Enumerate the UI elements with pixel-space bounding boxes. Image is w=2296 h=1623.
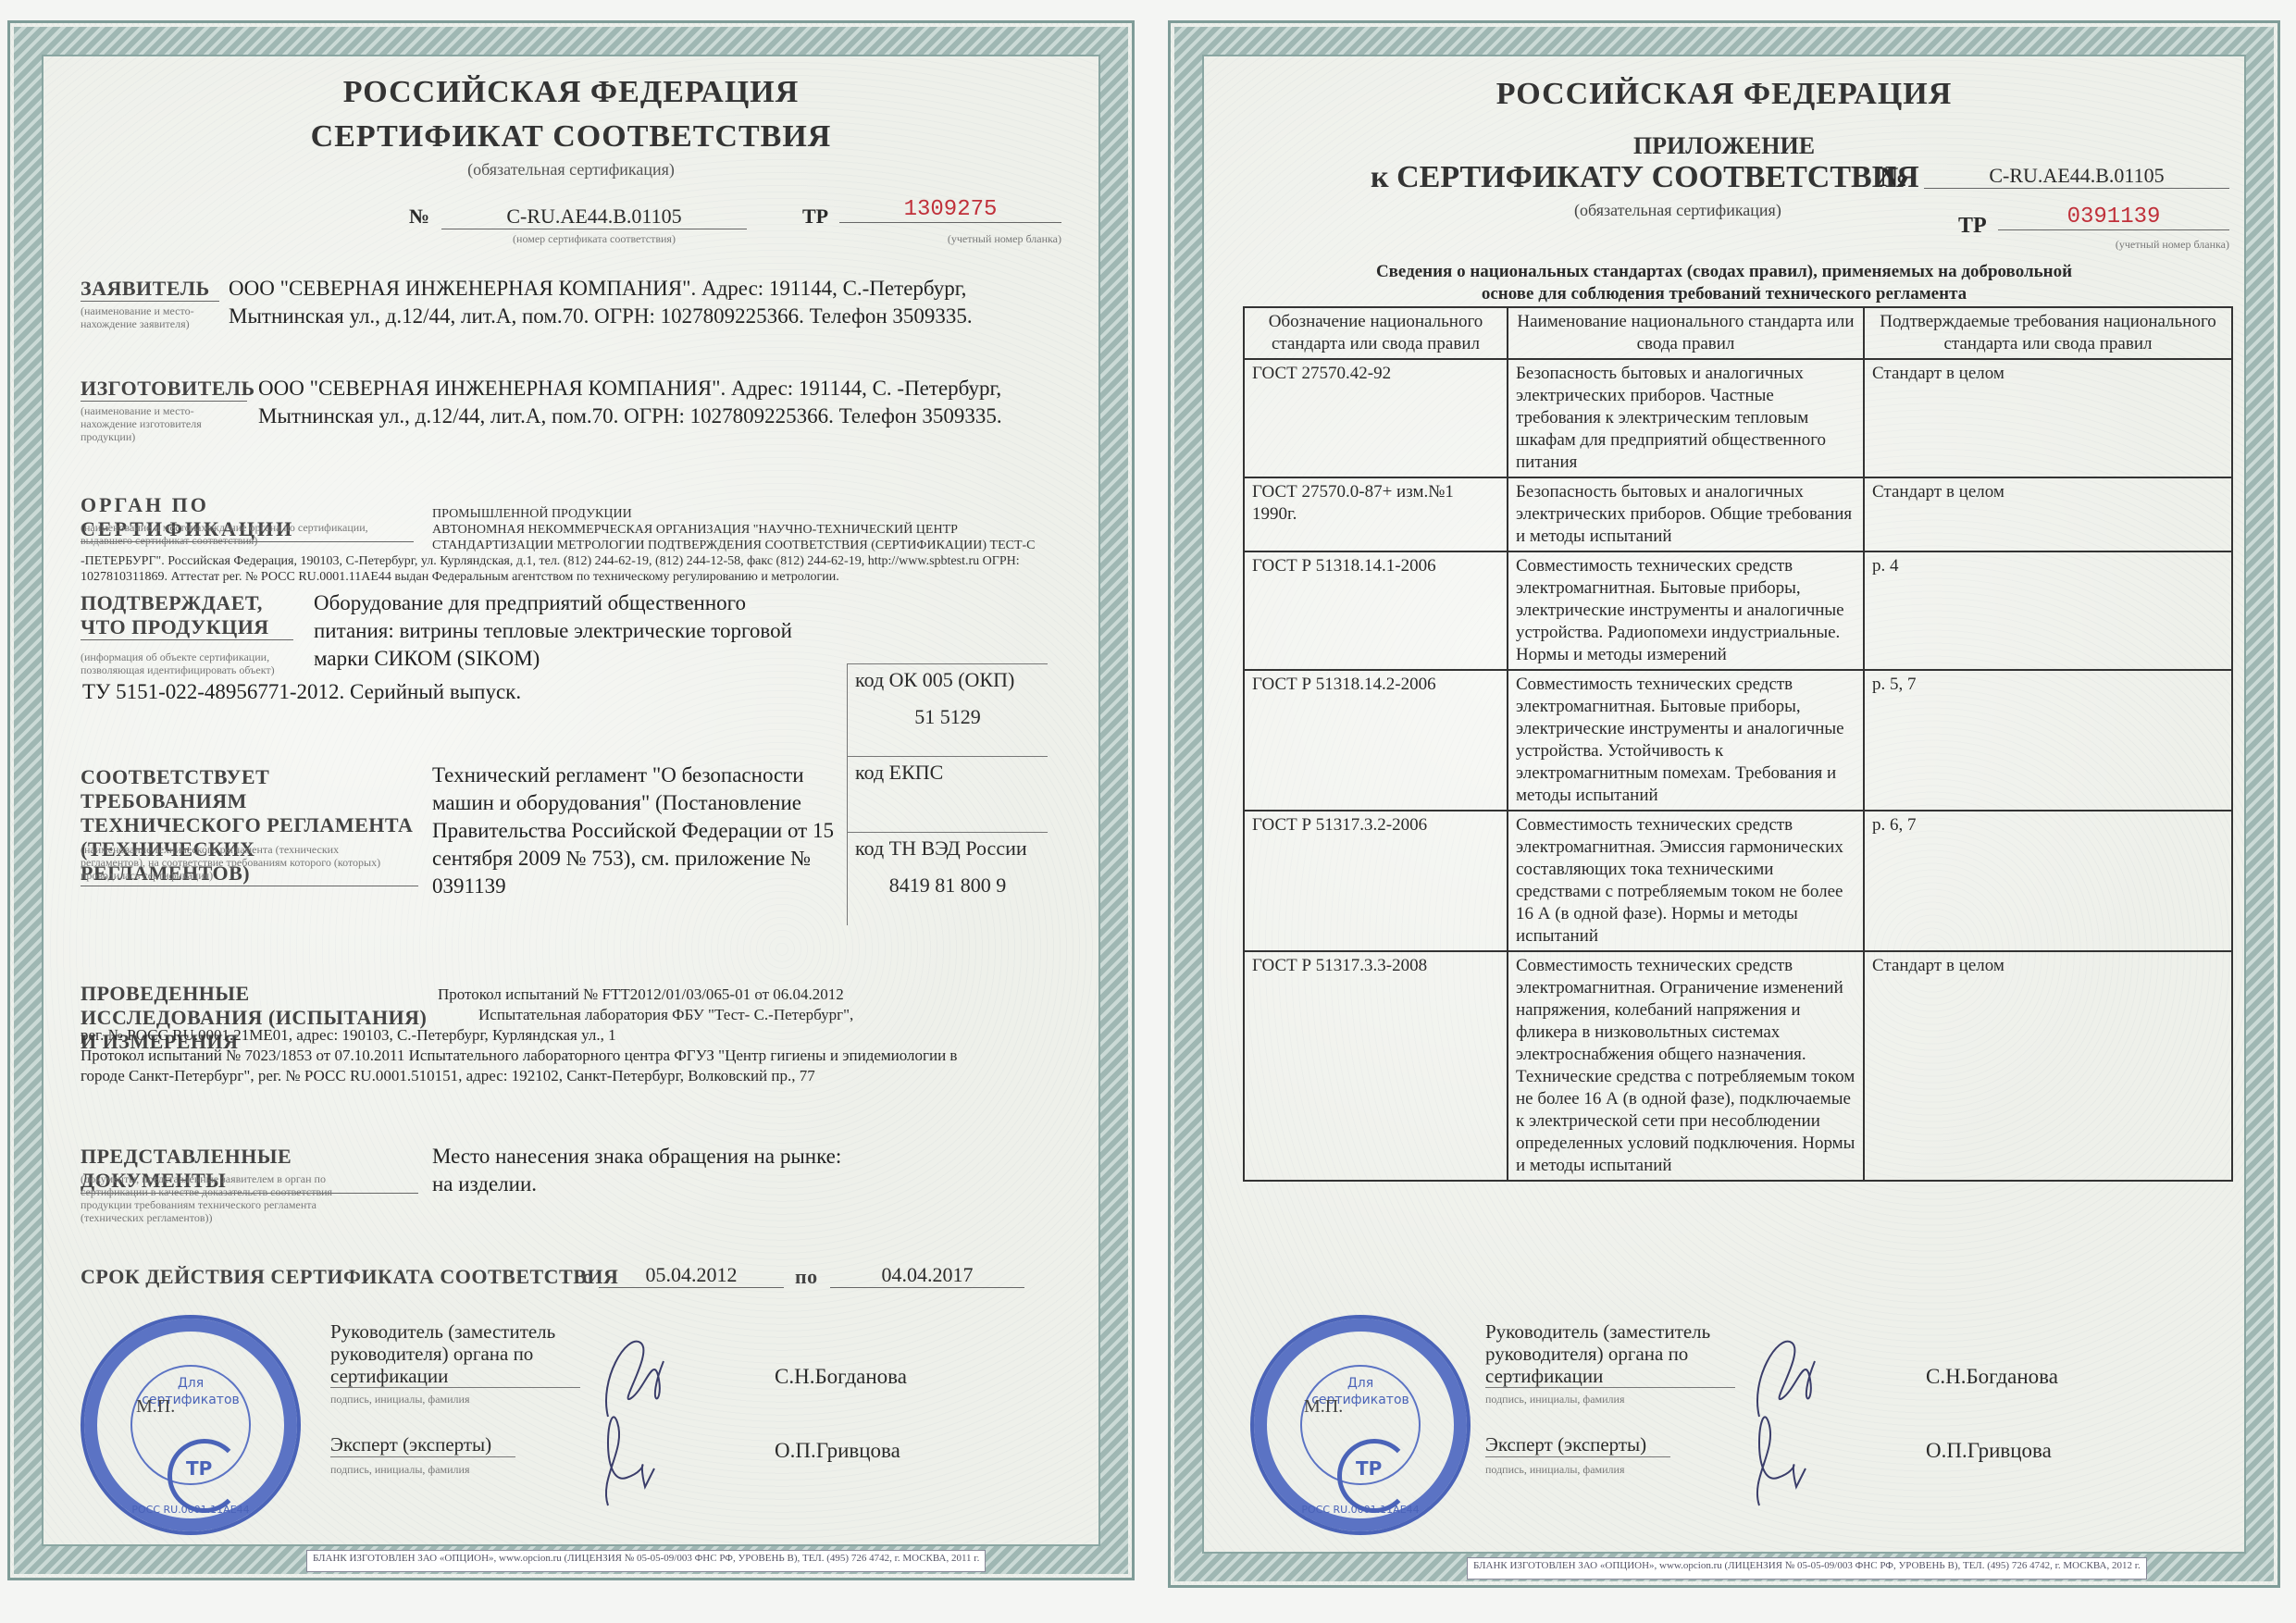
appendix-head-signatory-caption: подпись, инициалы, фамилия [1485,1393,1624,1406]
appendix-expert-label: Эксперт (эксперты) [1485,1433,1670,1457]
appendix-expert-caption: подпись, инициалы, фамилия [1485,1463,1624,1476]
standard-designation: ГОСТ 27570.0-87+ изм.№1 1990г. [1244,477,1508,551]
documents-caption: (документы, представленные заявителем в … [81,1172,377,1224]
cert-body-line4: -ПЕТЕРБУРГ". Российская Федерация, 19010… [81,553,1080,569]
product-text: Оборудование для предприятий общественно… [314,589,795,673]
seal-logo-text: ТР [186,1457,212,1480]
tnved-value: 8419 81 800 9 [855,873,1040,898]
standard-designation: ГОСТ Р 51317.3.2-2006 [1244,811,1508,951]
table-row: ГОСТ Р 51317.3.2-2006Совместимость техни… [1244,811,2232,951]
header-designation: Обозначение национального стандарта или … [1244,307,1508,359]
table-row: ГОСТ Р 51318.14.2-2006Совместимость техн… [1244,670,2232,811]
okp-code-box: код ОК 005 (ОКП) 51 5129 [847,663,1048,757]
applicant-label: ЗАЯВИТЕЛЬ [81,277,219,302]
header-name: Наименование национального стандарта или… [1508,307,1864,359]
certification-seal: Для сертификатов ТР РОСС RU.0001.11АЕ44 [81,1315,301,1535]
okp-label: код ОК 005 (ОКП) [855,668,1040,692]
table-row: ГОСТ 27570.42-92Безопасность бытовых и а… [1244,359,2232,477]
appendix-title2: к СЕРТИФИКАТУ СООТВЕТСТВИЯ [1371,160,1919,195]
standard-name: Совместимость технических средств электр… [1508,670,1864,811]
standard-designation: ГОСТ 27570.42-92 [1244,359,1508,477]
appendix-title1: ПРИЛОЖЕНИЕ [1204,132,2244,160]
manufacturer-text: ООО "СЕВЕРНАЯ ИНЖЕНЕРНАЯ КОМПАНИЯ". Адре… [258,375,1017,430]
stamp-place-label: М.П. [136,1396,175,1418]
validity-to-date: 04.04.2017 [830,1263,1024,1288]
head-signatory-name: С.Н.Богданова [775,1365,907,1389]
ekps-code-box: код ЕКПС [847,756,1048,833]
manufacturer-label: ИЗГОТОВИТЕЛЬ [81,377,247,402]
tests-line4: Протокол испытаний № 7023/1853 от 07.10.… [81,1047,957,1065]
cert-body-line3: СТАНДАРТИЗАЦИИ МЕТРОЛОГИИ ПОДТВЕРЖДЕНИЯ … [432,538,1036,553]
certificate-number-caption: (номер сертификата соответствия) [441,232,747,245]
cert-body-caption: (наименование и местонахождение органа п… [81,521,414,547]
regulation-caption: (наименование технического регламента (т… [81,843,386,882]
appendix-country-heading: РОССИЙСКАЯ ФЕДЕРАЦИЯ [1204,77,2244,112]
blank-printer-footer: БЛАНК ИЗГОТОВЛЕН ЗАО «ОПЦИОН», www.opcio… [306,1550,986,1572]
country-heading: РОССИЙСКАЯ ФЕДЕРАЦИЯ [43,75,1098,110]
appendix-head-signatory-label: Руководитель (заместитель руководителя) … [1485,1320,1735,1388]
certificate-subtitle: (обязательная сертификация) [43,160,1098,180]
tnved-label: код ТН ВЭД России [855,836,1040,861]
appendix-intro-line1: Сведения о национальных стандартах (свод… [1204,262,2244,282]
ekps-label: код ЕКПС [855,761,1040,785]
head-signatory-label: Руководитель (заместитель руководителя) … [330,1320,580,1388]
standards-table-header: Обозначение национального стандарта или … [1244,307,2232,359]
appendix-blank-number: 0391139 [1998,204,2229,230]
standard-name: Совместимость технических средств электр… [1508,811,1864,951]
appendix-stamp-place-label: М.П. [1304,1396,1343,1418]
seal-center-line2: сертификатов [84,1393,297,1407]
table-row: ГОСТ Р 51318.14.1-2006Совместимость техн… [1244,551,2232,670]
regulation-text: Технический регламент "О безопасности ма… [432,762,844,900]
appendix-head-signature-icon [1741,1324,1824,1426]
certificate-number: C-RU.AE44.B.01105 [441,204,747,229]
number-prefix: № [409,204,429,229]
confirmed-requirements: р. 5, 7 [1864,670,2232,811]
tr-label: ТР [802,204,828,229]
table-row: ГОСТ 27570.0-87+ изм.№1 1990г.Безопаснос… [1244,477,2232,551]
confirmed-requirements: Стандарт в целом [1864,477,2232,551]
seal-registration: РОСС RU.0001.11АЕ44 [1254,1504,1467,1516]
documents-text1: Место нанесения знака обращения на рынке… [432,1143,841,1171]
tests-line5: городе Санкт-Петербург", рег. № РОСС RU.… [81,1067,815,1085]
standard-name: Совместимость технических средств электр… [1508,951,1864,1181]
cert-body-line2: АВТОНОМНАЯ НЕКОММЕРЧЕСКАЯ ОРГАНИЗАЦИЯ "Н… [432,522,958,538]
seal-logo-text: ТР [1356,1457,1382,1480]
product-spec: ТУ 5151-022-48956771-2012. Серийный выпу… [82,678,521,706]
certificate-body: РОССИЙСКАЯ ФЕДЕРАЦИЯ СЕРТИФИКАТ СООТВЕТС… [42,55,1100,1546]
validity-label: СРОК ДЕЙСТВИЯ СЕРТИФИКАТА СООТВЕТСТВИЯ [81,1265,618,1289]
expert-caption: подпись, инициалы, фамилия [330,1463,469,1476]
tests-line2: Испытательная лаборатория ФБУ "Тест- С.-… [478,1006,853,1024]
validity-from-date: 05.04.2012 [599,1263,784,1288]
expert-signature-icon [580,1413,664,1515]
appendix-number-prefix: № [1880,162,1907,193]
blank-number: 1309275 [839,197,1061,223]
appendix-intro-line2: основе для соблюдения требований техниче… [1204,284,2244,304]
certificate-title: СЕРТИФИКАТ СООТВЕТСТВИЯ [43,119,1098,155]
tests-line1: Протокол испытаний № FTT2012/01/03/065-0… [438,985,844,1004]
appendix-blank-printer-footer: БЛАНК ИЗГОТОВЛЕН ЗАО «ОПЦИОН», www.opcio… [1467,1557,2147,1580]
confirmed-requirements: р. 6, 7 [1864,811,2232,951]
expert-label: Эксперт (эксперты) [330,1433,515,1457]
okp-value: 51 5129 [855,705,1040,729]
applicant-caption: (наименование и место-нахождение заявите… [81,304,219,330]
head-signatory-caption: подпись, инициалы, фамилия [330,1393,469,1406]
standard-designation: ГОСТ Р 51318.14.2-2006 [1244,670,1508,811]
appendix-body: РОССИЙСКАЯ ФЕДЕРАЦИЯ ПРИЛОЖЕНИЕ к СЕРТИФ… [1202,55,2246,1554]
appendix-subtitle: (обязательная сертификация) [1574,201,1781,220]
confirmed-requirements: р. 4 [1864,551,2232,670]
header-requirements: Подтверждаемые требования национального … [1864,307,2232,359]
cert-body-line5: 1027810311869. Аттестат рег. № РОСС RU.0… [81,569,1080,585]
confirmed-requirements: Стандарт в целом [1864,359,2232,477]
appendix-blank-caption: (учетный номер бланка) [1998,238,2229,251]
appendix-head-signatory-name: С.Н.Богданова [1926,1365,2058,1389]
tnved-code-box: код ТН ВЭД России 8419 81 800 9 [847,832,1048,925]
appendix-certificate-number: C-RU.AE44.B.01105 [1924,164,2229,189]
applicant-text: ООО "СЕВЕРНАЯ ИНЖЕНЕРНАЯ КОМПАНИЯ". Адре… [229,275,1080,330]
standard-designation: ГОСТ Р 51317.3.3-2008 [1244,951,1508,1181]
cert-body-line1: ПРОМЫШЛЕННОЙ ПРОДУКЦИИ [432,506,632,522]
standard-name: Совместимость технических средств электр… [1508,551,1864,670]
certificate-sheet: РОССИЙСКАЯ ФЕДЕРАЦИЯ СЕРТИФИКАТ СООТВЕТС… [7,20,1135,1580]
expert-name: О.П.Гривцова [775,1439,900,1463]
standard-designation: ГОСТ Р 51318.14.1-2006 [1244,551,1508,670]
documents-text2: на изделии. [432,1171,537,1198]
appendix-sheet: РОССИЙСКАЯ ФЕДЕРАЦИЯ ПРИЛОЖЕНИЕ к СЕРТИФ… [1168,20,2280,1588]
appendix-tr-label: ТР [1958,214,1987,239]
product-caption: (информация об объекте сертификации, поз… [81,650,303,676]
seal-center-line1: Для [84,1376,297,1391]
head-signature-icon [590,1324,673,1426]
table-row: ГОСТ Р 51317.3.3-2008Совместимость техни… [1244,951,2232,1181]
product-label: ПОДТВЕРЖДАЕТ, ЧТО ПРОДУКЦИЯ [81,591,293,640]
standard-name: Безопасность бытовых и аналогичных элект… [1508,477,1864,551]
seal-registration: РОСС RU.0001.11АЕ44 [84,1504,297,1516]
validity-from-label: с [582,1265,591,1289]
seal-center-line1: Для [1254,1376,1467,1391]
standard-name: Безопасность бытовых и аналогичных элект… [1508,359,1864,477]
seal-center-line2: сертификатов [1254,1393,1467,1407]
blank-number-caption: (учетный номер бланка) [839,232,1061,245]
standards-table: Обозначение национального стандарта или … [1243,306,2233,1182]
tests-line3: рег. № РОСС RU.0001.21МЕ01, адрес: 19010… [81,1026,616,1045]
appendix-expert-signature-icon [1731,1413,1815,1515]
manufacturer-caption: (наименование и место-нахождение изготов… [81,404,238,443]
confirmed-requirements: Стандарт в целом [1864,951,2232,1181]
appendix-expert-name: О.П.Гривцова [1926,1439,2052,1463]
appendix-certification-seal: Для сертификатов ТР РОСС RU.0001.11АЕ44 [1250,1315,1471,1535]
validity-to-label: по [795,1265,818,1289]
